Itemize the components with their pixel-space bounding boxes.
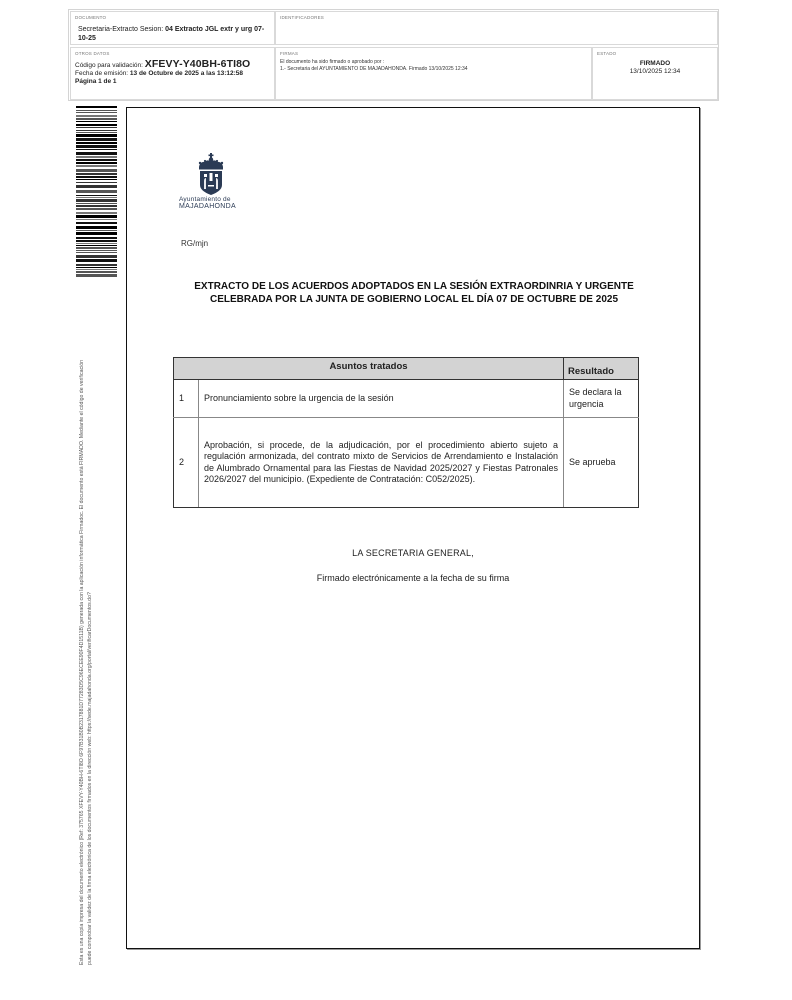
estado-label: ESTADO [597,51,616,56]
firmas-label: FIRMAS [280,51,298,56]
row-number: 2 [174,418,199,508]
document-metadata-header: DOCUMENTO Secretaria-Extracto Sesion: 04… [68,9,719,101]
page-title: EXTRACTO DE LOS ACUERDOS ADOPTADOS EN LA… [172,280,656,306]
firmas-cell: FIRMAS El documento ha sido firmado o ap… [275,47,592,100]
column-header-asuntos: Asuntos tratados [174,358,564,380]
table-row: 2 Aprobación, si procede, de la adjudica… [174,418,639,508]
row-asunto: Aprobación, si procede, de la adjudicaci… [199,418,564,508]
signature-note: Firmado electrónicamente a la fecha de s… [127,573,699,583]
row-resultado: Se aprueba [564,418,639,508]
table-header-row: Asuntos tratados Resultado [174,358,639,380]
estado-cell: ESTADO FIRMADO 13/10/2025 12:34 [592,47,718,100]
disclaimer-line-1: Esta es una copia impresa del documento … [79,265,87,965]
row-asunto: Pronunciamiento sobre la urgencia de la … [199,380,564,418]
issue-date-line: Fecha de emisión: 13 de Octubre de 2025 … [75,70,275,78]
validation-code: XFEVY-Y40BH-6TI8O [145,58,251,70]
estado-body: FIRMADO 13/10/2025 12:34 [593,60,717,76]
otros-datos-body: Código para validación: XFEVY-Y40BH-6TI8… [75,60,275,86]
row-resultado: Se declara la urgencia [564,380,639,418]
page-count-text: Página 1 de 1 [75,78,117,85]
disclaimer-line-2: puede comprobar la validez de la firma e… [87,265,95,965]
logo-text-line-2: MAJADAHONDA [179,203,245,210]
validation-code-label: Código para validación: [75,62,145,69]
signatory-title: LA SECRETARIA GENERAL, [127,548,699,558]
identificadores-cell: IDENTIFICADORES [275,11,718,45]
coat-of-arms-icon [196,153,226,195]
column-header-resultado: Resultado [564,358,639,380]
firmas-body: El documento ha sido firmado o aprobado … [280,59,590,72]
barcode [76,106,117,277]
firmas-line-2: 1.- Secretaria del AYUNTAMIENTO DE MAJAD… [280,66,590,73]
status-datetime: 13/10/2025 12:34 [593,68,717,76]
documento-cell: DOCUMENTO Secretaria-Extracto Sesion: 04… [70,11,275,45]
document-name-prefix: Secretaria-Extracto Sesion: [78,26,165,33]
verification-disclaimer: Esta es una copia impresa del documento … [79,265,94,965]
identificadores-label: IDENTIFICADORES [280,15,324,20]
otros-datos-label: OTROS DATOS [75,51,110,56]
documento-label: DOCUMENTO [75,15,106,20]
document-page: Ayuntamiento de MAJADAHONDA RG/mjn EXTRA… [126,107,700,949]
issue-date: 13 de Octubre de 2025 a las 13:12:58 [130,70,243,77]
agenda-table: Asuntos tratados Resultado 1 Pronunciami… [173,357,639,508]
document-name: Secretaria-Extracto Sesion: 04 Extracto … [78,25,268,43]
table-row: 1 Pronunciamiento sobre la urgencia de l… [174,380,639,418]
issue-date-label: Fecha de emisión: [75,70,130,77]
otros-datos-cell: OTROS DATOS Código para validación: XFEV… [70,47,275,100]
page-count: Página 1 de 1 [75,78,275,86]
row-number: 1 [174,380,199,418]
validation-code-line: Código para validación: XFEVY-Y40BH-6TI8… [75,60,275,70]
municipality-logo: Ayuntamiento de MAJADAHONDA [179,153,245,210]
logo-text-line-1: Ayuntamiento de [179,196,245,203]
status-badge: FIRMADO [593,60,717,68]
reference-initials: RG/mjn [181,239,208,248]
